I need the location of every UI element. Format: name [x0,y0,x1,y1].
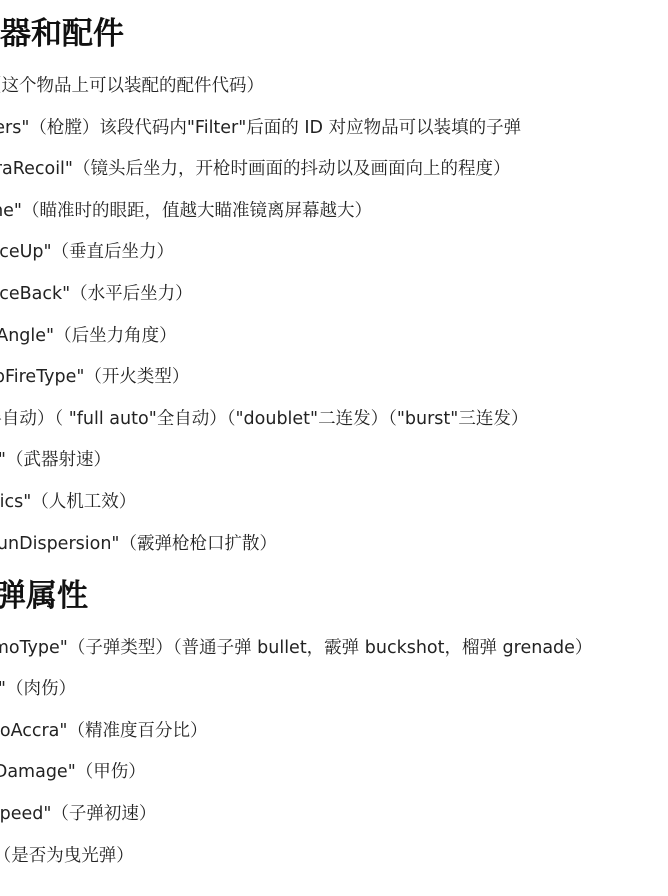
tracer-line: "Tracer"（是否为曳光弹） [0,844,134,868]
section-heading-weapons: 武器和配件 [0,14,124,54]
recoil-force-up-line: "RecoilForceUp"（垂直后坐力） [0,240,174,264]
chambers-line: "Chambers"（枪膛）该段代码内"Filter"后面的 ID 对应物品可以… [0,116,521,140]
aim-plane-line: "AimPlane"（瞄准时的眼距，值越大瞄准镜离屏幕越大） [0,199,372,223]
fire-rate-line: "bFirerate"（武器射速） [0,448,111,472]
ammo-type-line: "ammoType"（子弹类型）（普通子弹 bullet，霰弹 buckshot… [0,636,592,660]
document-page: 武器和配件 （这个物品上可以装配的配件代码） "Chambers"（枪膛）该段代… [0,0,668,896]
armor-damage-line: "ArmorDamage"（甲伤） [0,760,146,784]
section-heading-ammo: 子弹属性 [0,576,88,616]
initial-speed-line: "InitialSpeed"（子弹初速） [0,802,156,826]
fire-type-line: "weapFireType"（开火类型） [0,365,189,389]
camera-recoil-line: "CameraRecoil"（镜头后坐力，开枪时画面的抖动以及画面向上的程度） [0,157,510,181]
ergonomics-line: "Ergonomics"（人机工效） [0,490,136,514]
attachment-line: （这个物品上可以装配的配件代码） [0,74,264,98]
shotgun-dispersion-line: "ShotgunDispersion"（霰弹枪枪口扩散） [0,532,277,556]
ammo-accuracy-line: "ammoAccra"（精准度百分比） [0,719,207,743]
recoil-angle-line: "RecoilAngle"（后坐力角度） [0,324,177,348]
damage-line: "Damage"（肉伤） [0,677,76,701]
fire-modes-line: （"single"半自动）（ "full auto"全自动）（"doublet"… [0,407,528,431]
recoil-force-back-line: "RecoilForceBack"（水平后坐力） [0,282,193,306]
